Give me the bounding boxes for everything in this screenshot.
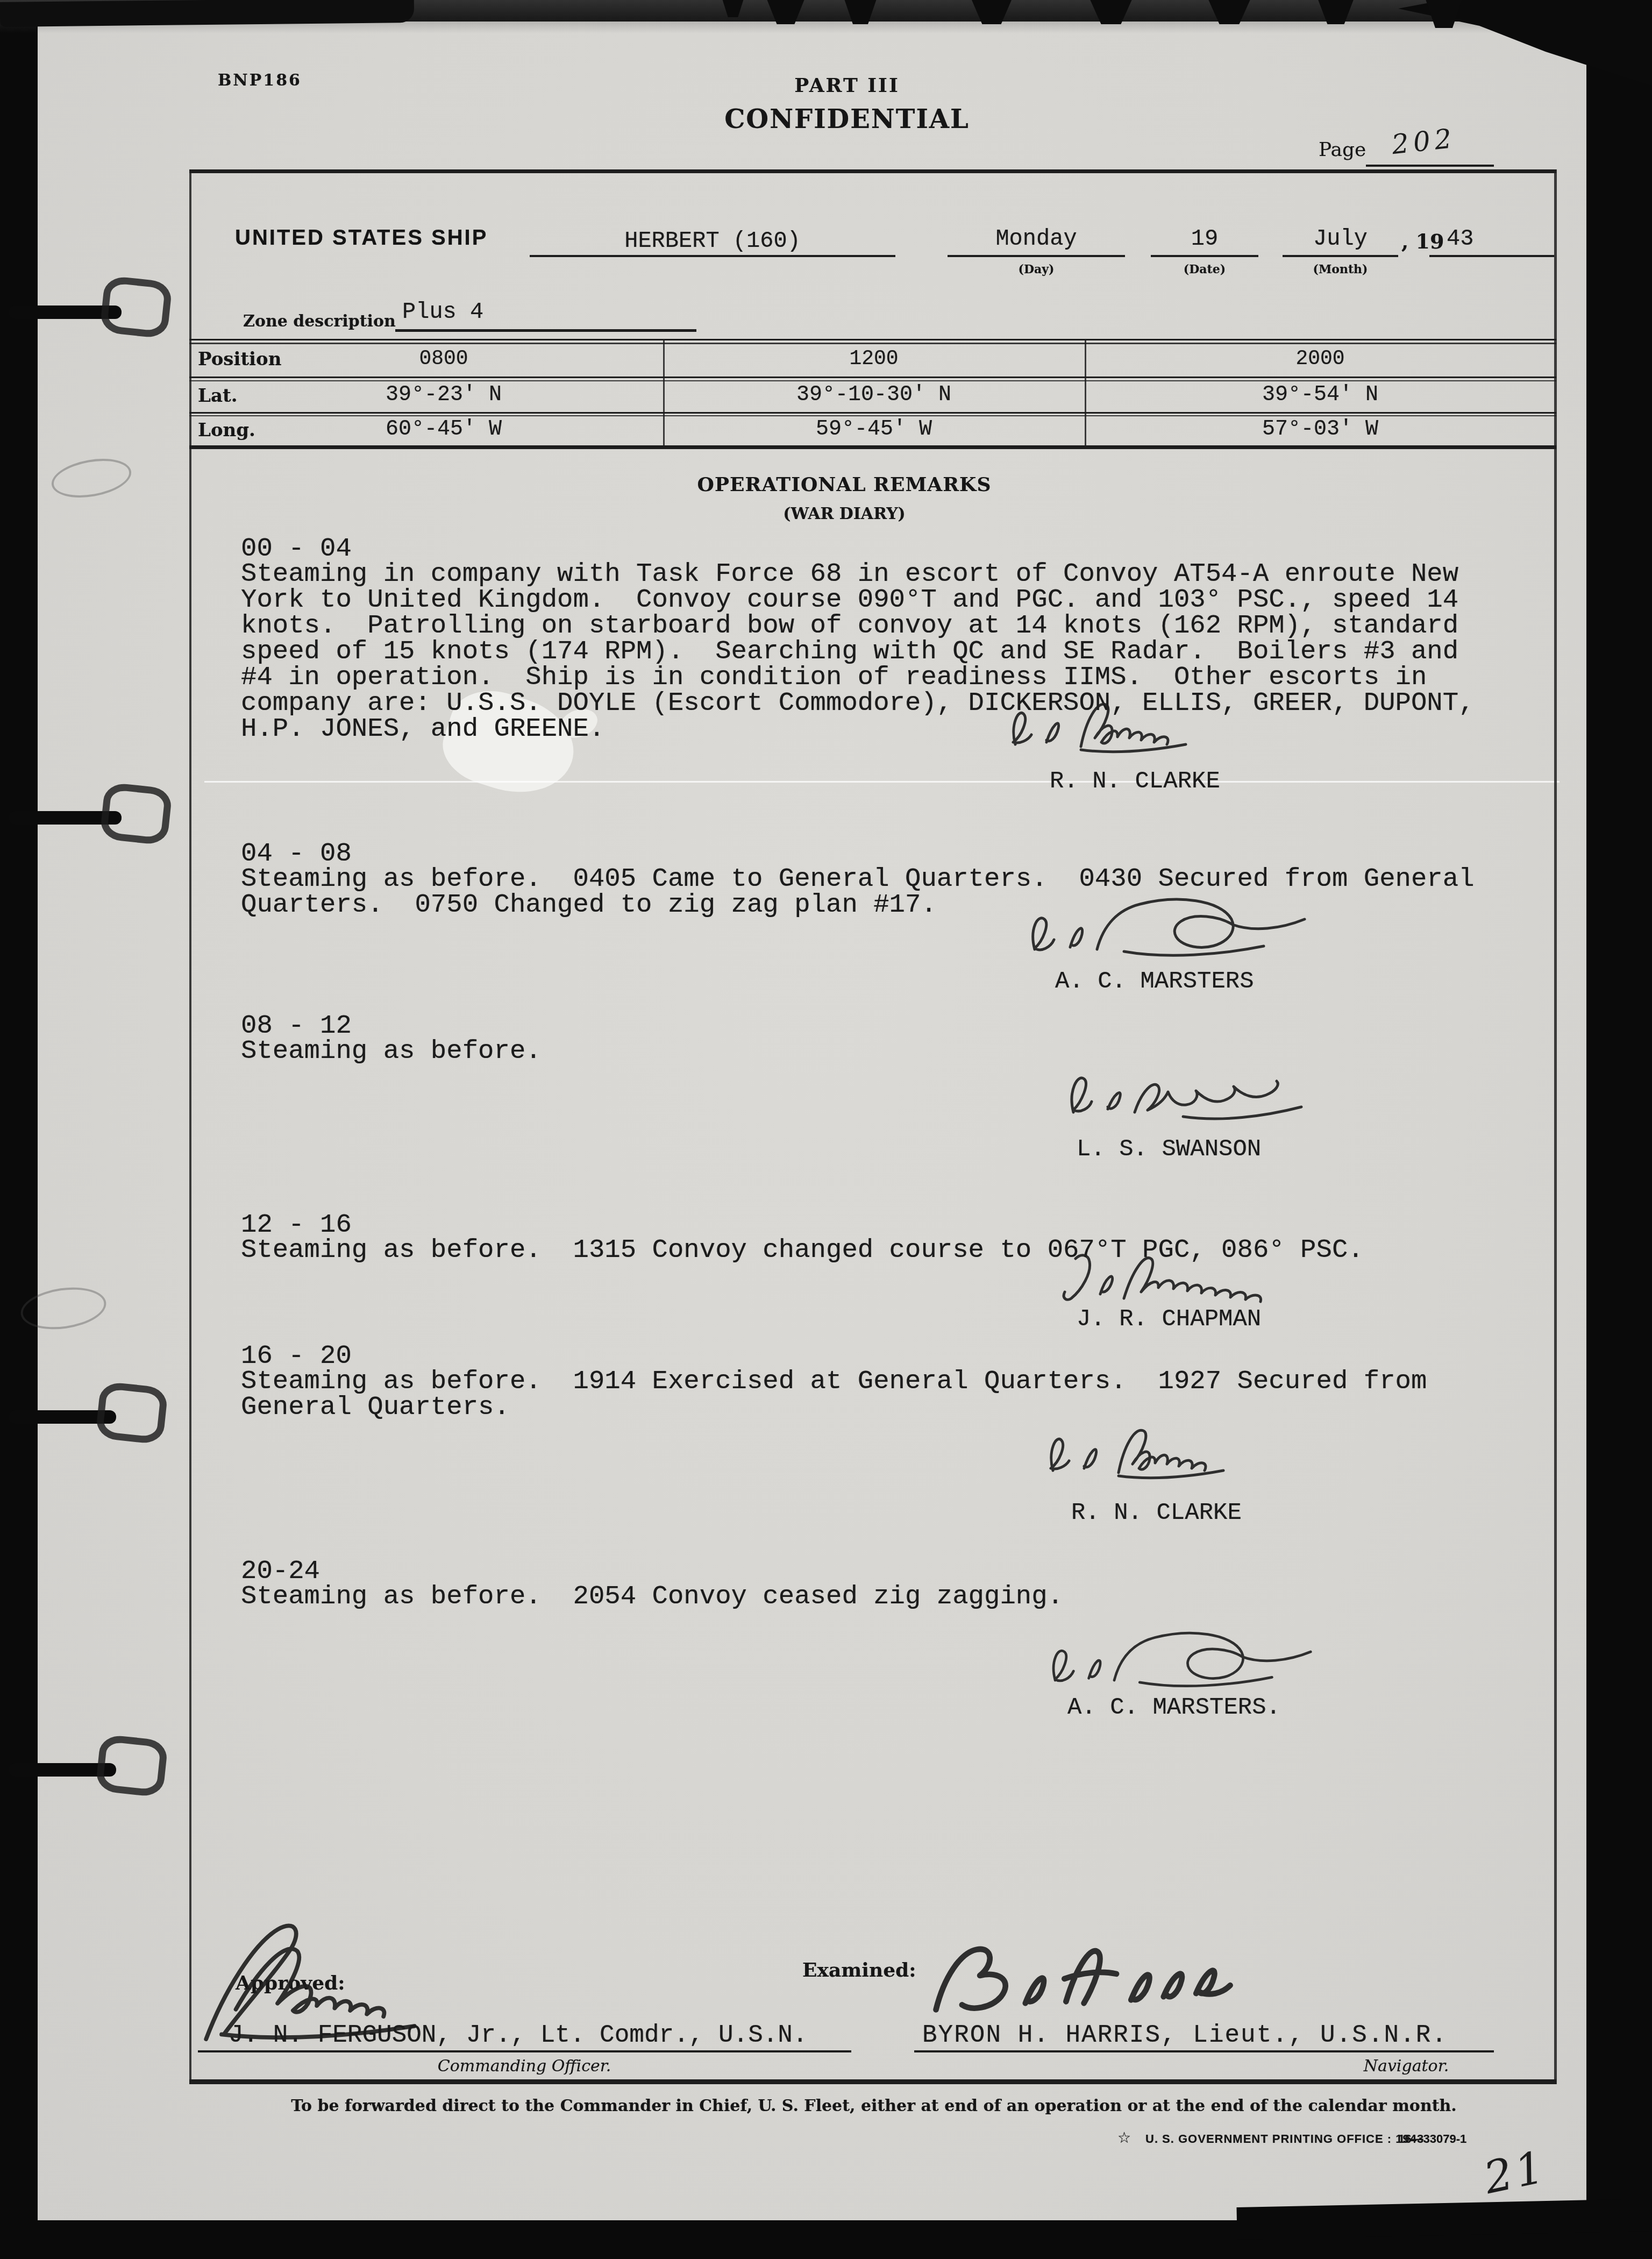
ship-label: UNITED STATES SHIP (235, 226, 488, 250)
signature-a-c-marsters (1038, 1604, 1323, 1701)
form-rule-top (189, 169, 1556, 173)
watch-period: 04 - 08 (241, 840, 352, 867)
watch-period: 16 - 20 (241, 1342, 352, 1369)
year-typed: 43 (1447, 226, 1473, 252)
year-underline (1429, 255, 1554, 257)
film-edge-left (0, 0, 38, 2259)
remarks-title: OPERATIONAL REMARKS (484, 473, 1205, 496)
watch-entry-text: Steaming as before. (241, 1038, 1532, 1064)
table-vline (663, 339, 665, 449)
watch-period: 08 - 12 (241, 1012, 352, 1039)
long-1200: 59°-45' W (663, 417, 1085, 442)
date-label: (Date) (1151, 262, 1258, 276)
month-label: (Month) (1283, 262, 1398, 276)
watch-period: 00 - 04 (241, 535, 352, 562)
page-number-underline (1366, 165, 1494, 167)
form-rule-bottom (189, 2079, 1556, 2084)
watch-entry-text: Steaming as before. 2054 Convoy ceased z… (241, 1583, 1532, 1609)
examined-label: Examined: (802, 1959, 916, 1981)
watch-entry-text: Steaming as before. 0405 Came to General… (241, 866, 1532, 918)
stamp-bnp: BNP186 (218, 71, 302, 90)
ship-name-underline (530, 255, 895, 257)
examined-officer-title: Navigator. (1318, 2057, 1495, 2076)
binder-clip-loop (99, 782, 173, 846)
table-vline (1085, 339, 1086, 449)
table-header-2000: 2000 (1085, 347, 1556, 371)
table-rule (189, 343, 1556, 344)
table-rule (189, 380, 1556, 381)
page-label: Page (1319, 139, 1366, 161)
date-value: 19 (1151, 226, 1258, 252)
examined-underline (914, 2050, 1494, 2052)
signature-r-n-clarke (1000, 693, 1253, 768)
zone-value: Plus 4 (402, 299, 483, 325)
lat-1200: 39°-10-30' N (663, 383, 1085, 407)
month-value: July (1283, 226, 1398, 252)
part-title: PART III (672, 74, 1022, 97)
date-underline (1151, 255, 1258, 257)
day-label: (Day) (948, 262, 1125, 276)
ship-name: HERBERT (160) (530, 228, 895, 254)
table-rule (189, 412, 1556, 414)
gpo-star-icon: ☆ (1117, 2129, 1131, 2147)
year-printed: , 19 (1401, 229, 1444, 253)
signer-name: A. C. MARSTERS. (1067, 1694, 1280, 1721)
approved-officer-title: Commanding Officer. (301, 2057, 747, 2076)
signature-byron-h-harris (903, 1923, 1253, 2031)
approved-officer-name: J. N. FERGUSON, Jr., Lt. Comdr., U.S.N. (229, 2021, 808, 2049)
binder-clip-loop (95, 1734, 168, 1798)
forwarding-note: To be forwarded direct to the Commander … (215, 2097, 1533, 2115)
signer-name: A. C. MARSTERS (1055, 968, 1254, 995)
film-top-band (0, 0, 414, 27)
lat-2000: 39°-54' N (1085, 383, 1556, 407)
binder-clip-loop (99, 275, 173, 339)
watch-entry-text: Steaming as before. 1914 Exercised at Ge… (241, 1368, 1532, 1420)
table-rule (189, 415, 1556, 416)
table-rule (189, 339, 1556, 340)
page-number-handwritten: 202 (1390, 123, 1457, 160)
signer-name: L. S. SWANSON (1077, 1136, 1261, 1163)
binder-clip-loop (95, 1381, 168, 1445)
scanned-war-diary-page: BNP186 PART III CONFIDENTIAL Page 202 UN… (0, 0, 1652, 2259)
lat-0800: 39°-23' N (226, 383, 661, 407)
long-0800: 60°-45' W (226, 417, 661, 442)
form-rule-left (189, 169, 191, 2084)
gpo-form-number: 16—33079-1 (1398, 2132, 1466, 2146)
gpo-imprint: U. S. GOVERNMENT PRINTING OFFICE : 1943 (1145, 2132, 1424, 2146)
watch-period: 20-24 (241, 1558, 320, 1585)
remarks-subtitle: (WAR DIARY) (484, 505, 1205, 523)
long-2000: 57°-03' W (1085, 417, 1556, 442)
table-header-0800: 0800 (226, 347, 661, 371)
table-header-1200: 1200 (663, 347, 1085, 371)
watch-period: 12 - 16 (241, 1211, 352, 1238)
signature-l-s-swanson (1054, 1061, 1323, 1141)
watch-entry-text: Steaming as before. 1315 Convoy changed … (241, 1237, 1532, 1263)
day-value: Monday (948, 226, 1125, 252)
table-rule-bottom (189, 445, 1556, 449)
table-rule (189, 376, 1556, 378)
classification-title: CONFIDENTIAL (618, 104, 1076, 134)
watch-entry-text: Steaming in company with Task Force 68 i… (241, 561, 1532, 742)
form-rule-right (1554, 169, 1557, 2084)
approved-underline (198, 2050, 851, 2052)
day-underline (948, 255, 1125, 257)
signature-a-c-marsters (1016, 869, 1318, 971)
zone-underline (395, 329, 696, 332)
signature-r-n-clarke (1038, 1413, 1291, 1500)
zone-label: Zone description (243, 312, 396, 331)
examined-officer-name: BYRON H. HARRIS, Lieut., U.S.N.R. (922, 2021, 1448, 2049)
film-edge-right (1586, 0, 1652, 2259)
signer-name: R. N. CLARKE (1071, 1500, 1242, 1526)
signer-name: R. N. CLARKE (1050, 768, 1220, 795)
signer-name: J. R. CHAPMAN (1077, 1306, 1261, 1333)
scan-line-artifact (204, 781, 1560, 783)
month-underline (1283, 255, 1398, 257)
